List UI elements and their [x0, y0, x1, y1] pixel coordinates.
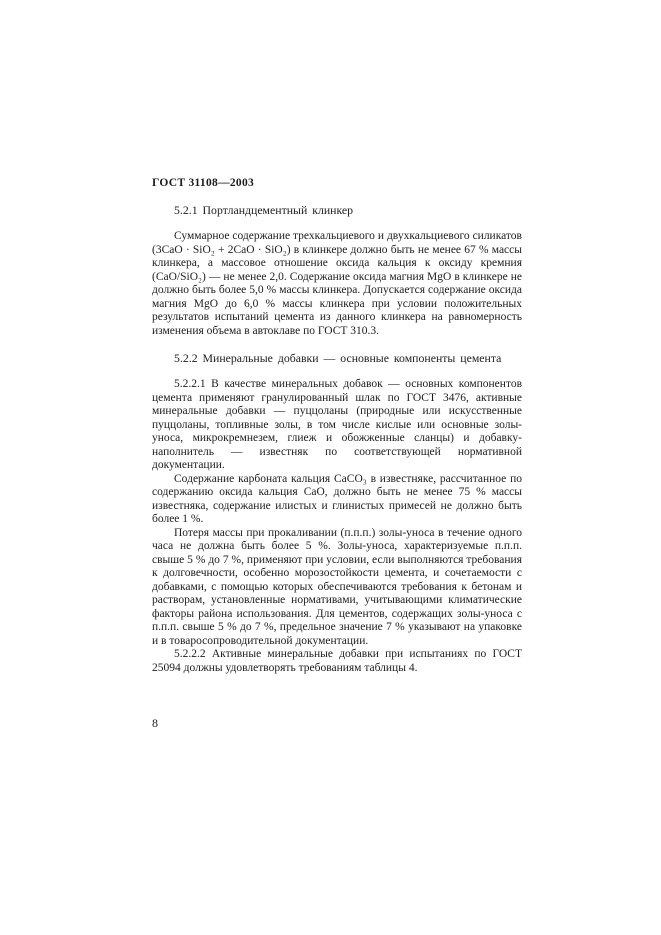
paragraph-clinker-requirements: Суммарное содержание трехкальциевого и д…	[152, 230, 522, 338]
paragraph-loss-on-ignition: Потеря массы при прокаливании (п.п.п.) з…	[152, 527, 522, 649]
section-heading-5-2-2: 5.2.2 Минеральные добавки — основные ком…	[152, 351, 522, 366]
paragraph-mineral-additives: 5.2.2.1 В качестве минеральных добавок —…	[152, 378, 522, 473]
section-heading-5-2-1: 5.2.1 Портландцементный клинкер	[152, 203, 522, 218]
text-block: ГОСТ 31108—2003 5.2.1 Портландцементный …	[152, 177, 522, 675]
paragraph-limestone-content: Содержание карбоната кальция CaCO₃ в изв…	[152, 473, 522, 527]
page-number: 8	[152, 716, 158, 731]
running-head: ГОСТ 31108—2003	[152, 177, 522, 189]
document-page: ГОСТ 31108—2003 5.2.1 Портландцементный …	[0, 0, 661, 935]
paragraph-active-additives: 5.2.2.2 Активные минеральные добавки при…	[152, 648, 522, 675]
